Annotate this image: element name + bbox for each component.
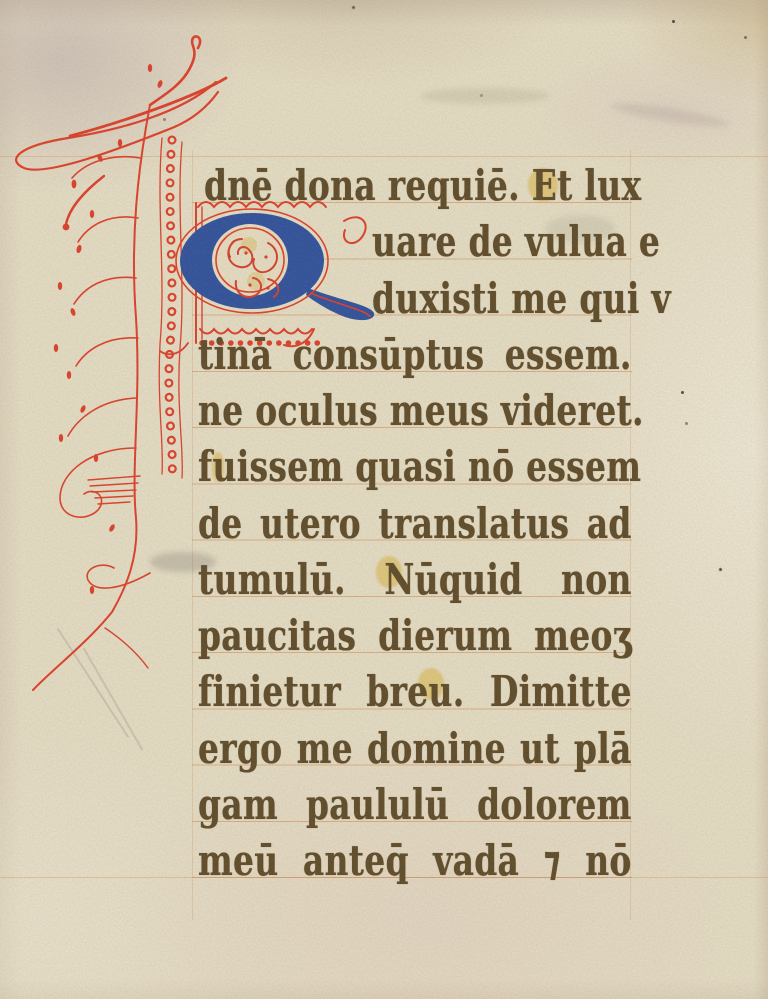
ink-specks [0,0,3,3]
show-through-smudge [420,88,550,104]
manuscript-line-7: de utero translatus ad [198,498,632,550]
manuscript-page: Q dnē dona requiē. Et lux uare de vulua … [0,0,768,999]
manuscript-line-13: meū anteq̄ vadā ⁊ nō [198,835,632,887]
manuscript-line-6: fuissem quasi nō essem [198,441,632,493]
manuscript-line-9: paucitas dierum meoʒ [198,610,632,662]
manuscript-line-12: gam paululū dolorem [198,779,632,831]
show-through-smudge [610,99,731,132]
manuscript-line-10: finietur breu. Dimitte [198,666,632,718]
manuscript-line-5: ne oculus meus videret. [198,385,632,437]
manuscript-line-11: ergo me domine ut plā [198,723,632,775]
manuscript-line-8: tumulū. Nūquid non [198,554,632,606]
manuscript-line-3: duxisti me qui v [372,273,638,325]
manuscript-line-2: uare de vulua e [372,216,638,268]
manuscript-line-1: dnē dona requiē. Et lux [204,160,638,212]
manuscript-line-4: tinā consūptus essem. [198,329,632,381]
